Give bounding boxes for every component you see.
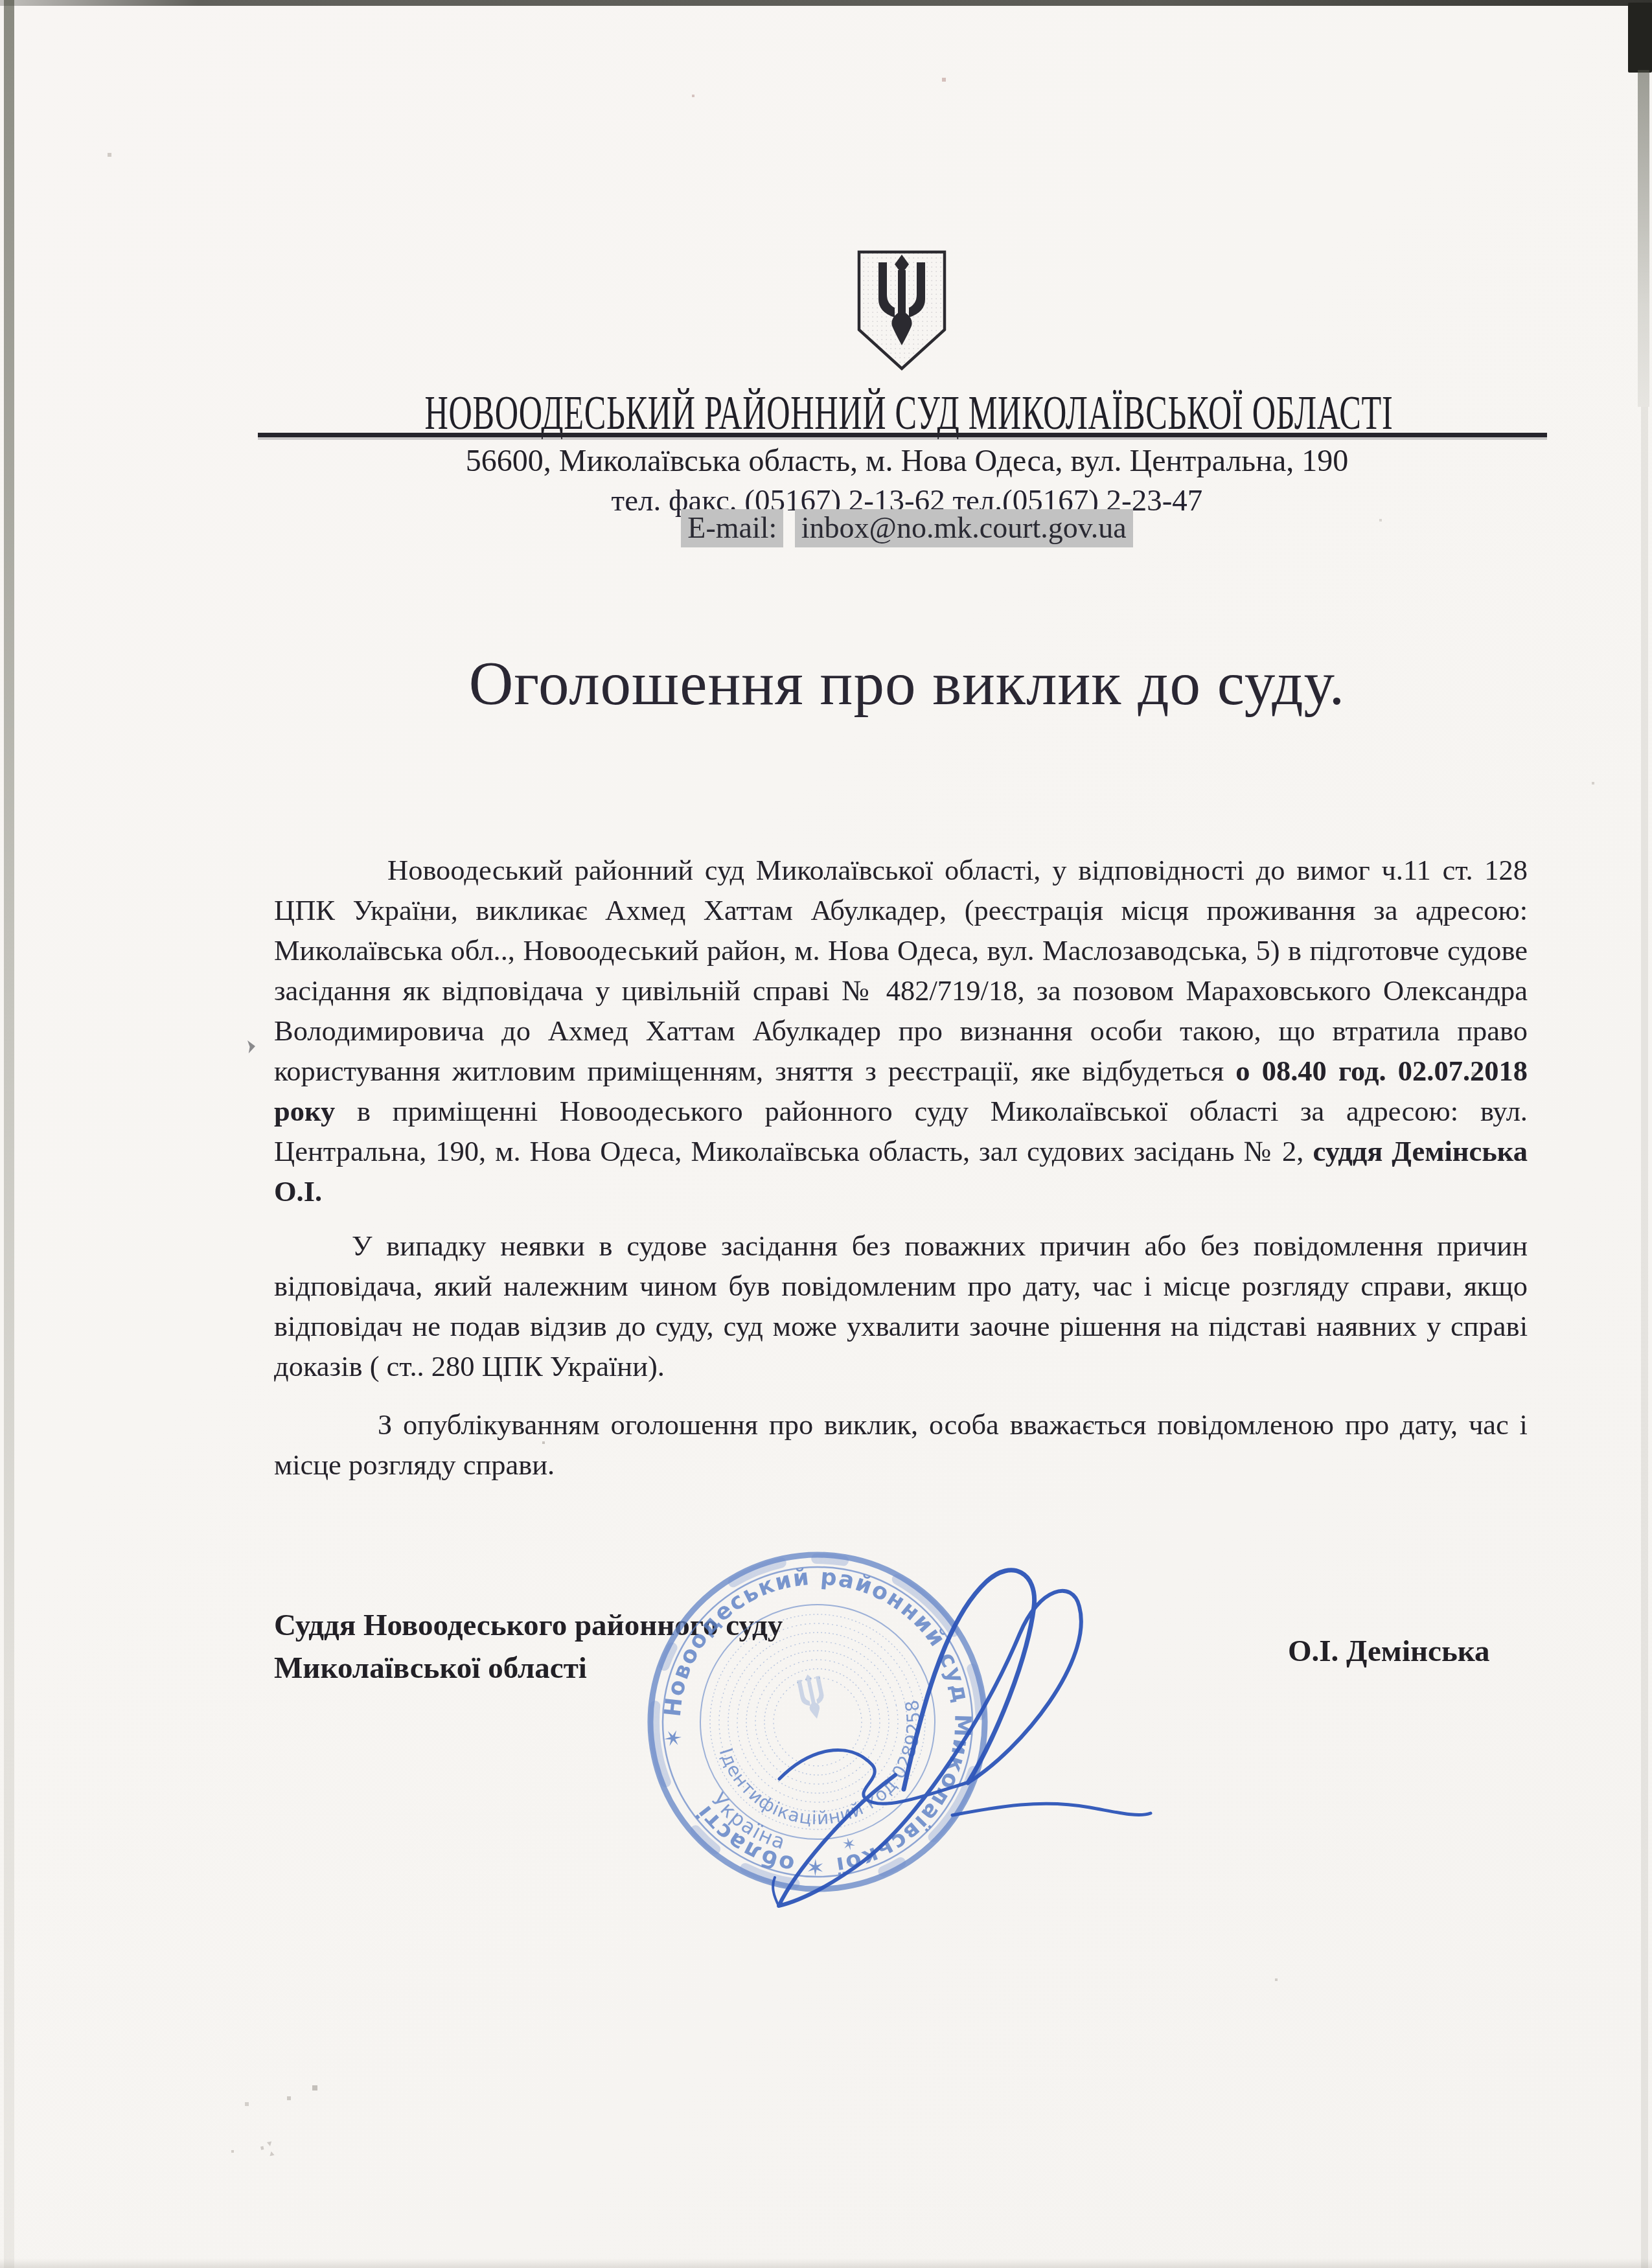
ukraine-trident-emblem-icon (854, 248, 950, 372)
handwritten-signature (615, 1490, 1199, 1943)
scan-artifact-right-edge-upper (1638, 70, 1649, 407)
court-address: 56600, Миколаївська область, м. Нова Оде… (279, 443, 1535, 479)
email-label: E-mail: (681, 509, 783, 547)
scan-artifact-right-edge-lower (1641, 407, 1648, 2268)
paragraph-summons: Новоодеський районний суд Миколаївської … (274, 850, 1528, 1211)
document-title: Оголошення про виклик до суду. (279, 648, 1535, 719)
scan-artifact-top-edge (0, 0, 1652, 6)
email-address: inbox@no.mk.court.gov.ua (795, 509, 1133, 547)
header-rule (258, 433, 1547, 437)
scan-artifact-left-edge (4, 0, 14, 2268)
paragraph-absence-warning: У випадку неявки в судове засідання без … (274, 1226, 1528, 1386)
judge-name: О.І. Демінська (1288, 1634, 1490, 1669)
summons-text-before: Новоодеський районний суд Миколаївської … (274, 854, 1528, 1087)
scan-artifact-top-right-corner (1628, 3, 1652, 73)
scanned-document-page: НОВООДЕСЬКИЙ РАЙОННИЙ СУД МИКОЛАЇВСЬКОЇ … (0, 0, 1652, 2268)
scan-artifact-ink-speck (247, 1040, 255, 1053)
document-body: Новоодеський районний суд Миколаївської … (274, 850, 1528, 1485)
paragraph-publication-notice: З опублікуванням оголошення про виклик, … (274, 1404, 1528, 1485)
scan-artifact-bottom-shade (0, 2258, 1652, 2268)
pencil-smudge: ·ː (255, 2130, 279, 2165)
email-line: E-mail: inbox@no.mk.court.gov.ua (279, 510, 1535, 545)
scan-artifact-speckles (0, 0, 1, 1)
